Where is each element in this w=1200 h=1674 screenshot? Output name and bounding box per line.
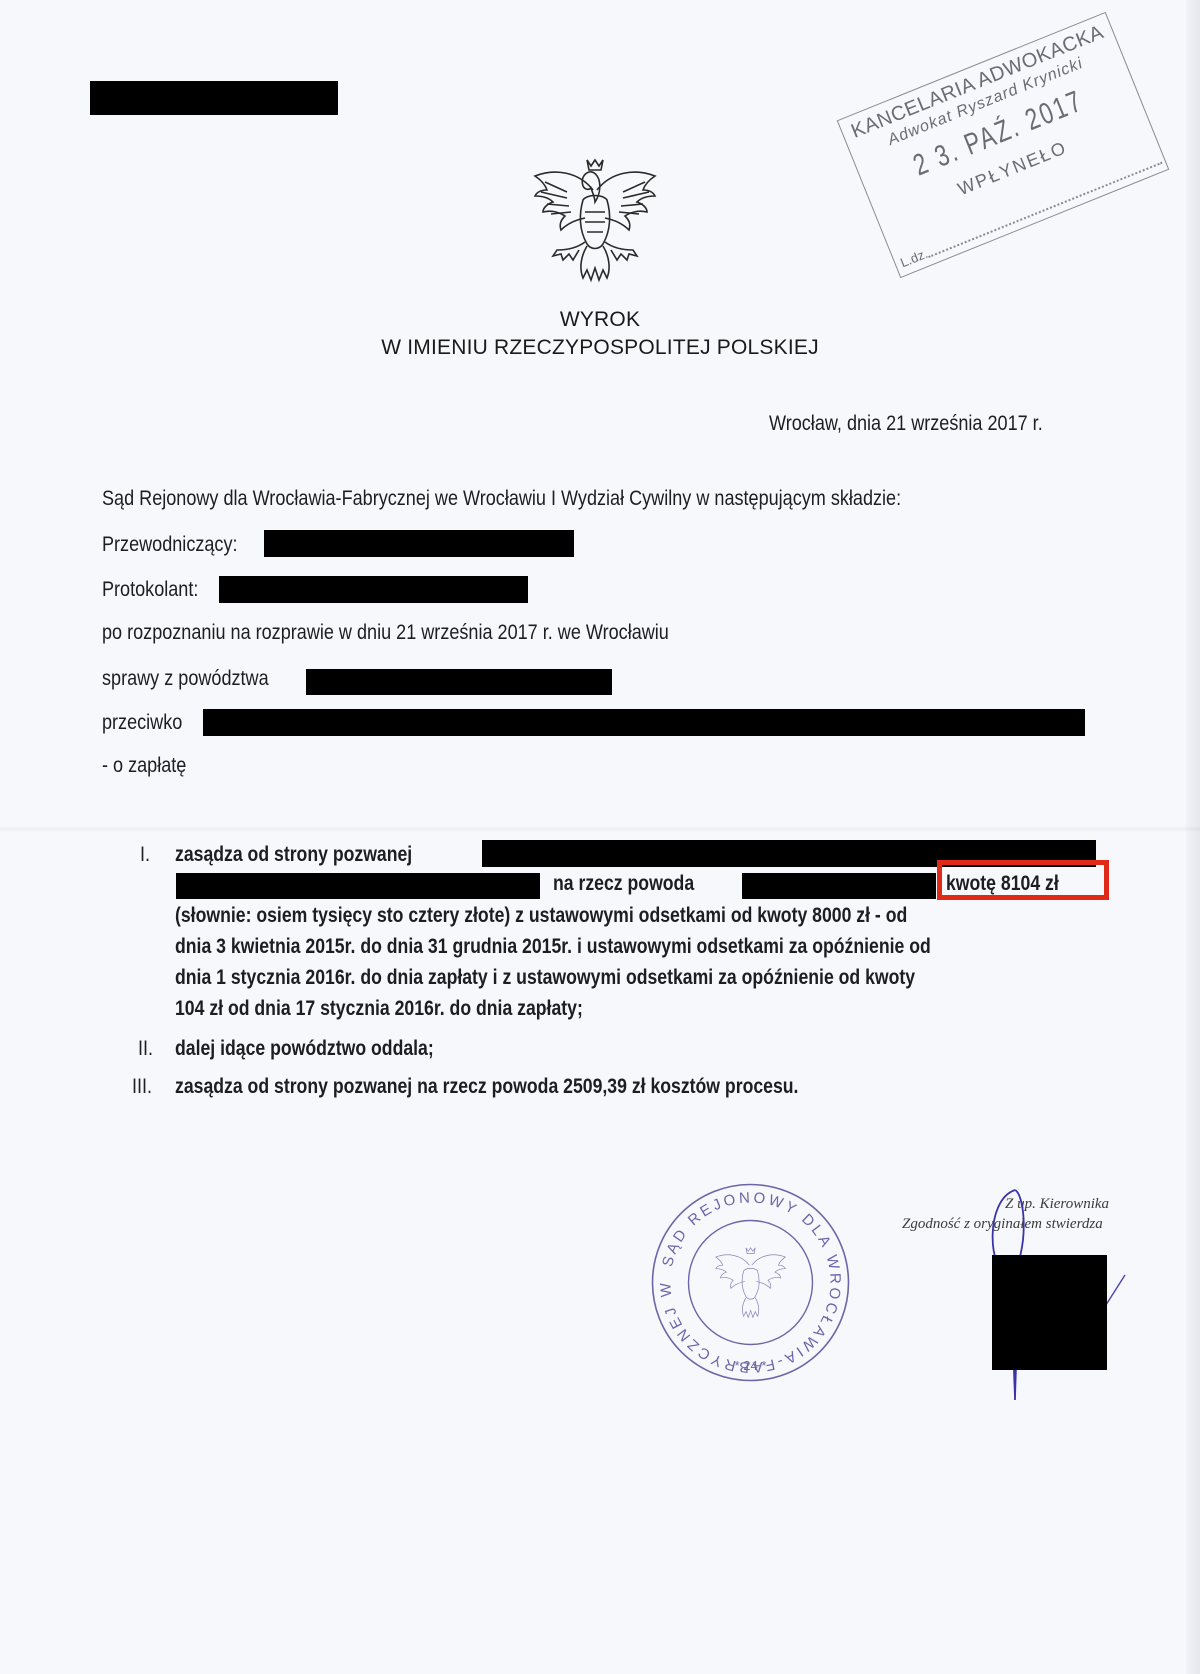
place-date-text: Wrocław, dnia 21 września 2017 r. <box>769 412 1043 436</box>
presiding-label-text: Przewodniczący: <box>102 533 238 557</box>
ruling-1-line-6-text: 104 zł od dnia 17 stycznia 2016r. do dni… <box>175 997 583 1021</box>
redacted-plaintiff-name-ruling <box>742 873 936 899</box>
received-stamp: KANCELARIA ADWOKACKA Adwokat Ryszard Kry… <box>837 12 1170 278</box>
plaintiff-label: sprawy z powództwa <box>102 667 296 691</box>
defendant-label-text: przeciwko <box>102 711 182 735</box>
ruling-1-line-1-text: zasądza od strony pozwanej <box>175 843 412 867</box>
ruling-1-line-4-text: dnia 3 kwietnia 2015r. do dnia 31 grudni… <box>175 935 931 959</box>
ruling-1-line-5: dnia 1 stycznia 2016r. do dnia zapłaty i… <box>175 966 1056 990</box>
redacted-clerk <box>219 576 528 603</box>
ruling-1-line-3-text: (słownie: osiem tysięcy sto cztery złote… <box>175 904 907 928</box>
ruling-1-line-2: na rzecz powoda <box>553 872 721 896</box>
defendant-label: przeciwko <box>102 711 195 735</box>
court-name-text: Sąd Rejonowy dla Wrocławia-Fabrycznej we… <box>102 487 901 511</box>
court-seal-icon: SĄD REJONOWY DLA WROCŁAWIA-FABRYCZNEJ WE… <box>648 1180 853 1385</box>
awarded-amount: kwotę 8104 zł <box>946 872 1080 896</box>
redacted-signature <box>992 1255 1107 1370</box>
court-composition: Sąd Rejonowy dla Wrocławia-Fabrycznej we… <box>102 487 1031 511</box>
redacted-plaintiff <box>306 669 612 695</box>
ruling-1-line-5-text: dnia 1 stycznia 2016r. do dnia zapłaty i… <box>175 966 915 990</box>
case-subject-text: - o zapłatę <box>102 754 186 778</box>
ruling-3-numeral-text: III. <box>132 1075 152 1099</box>
ruling-3-numeral: III. <box>132 1075 155 1099</box>
ruling-1-line-4: dnia 3 kwietnia 2015r. do dnia 31 grudni… <box>175 935 1075 959</box>
ruling-3-text: zasądza od strony pozwanej na rzecz powo… <box>175 1075 917 1099</box>
hearing-text: po rozpoznaniu na rozprawie w dniu 21 wr… <box>102 621 669 645</box>
redacted-presiding-judge <box>264 530 574 557</box>
presiding-judge-label: Przewodniczący: <box>102 533 260 557</box>
redacted-case-number <box>90 81 338 115</box>
scan-edge <box>1186 0 1200 1674</box>
ruling-1-line-2-text: na rzecz powoda <box>553 872 694 896</box>
awarded-amount-text: kwotę 8104 zł <box>946 872 1059 896</box>
plaintiff-label-text: sprawy z powództwa <box>102 667 269 691</box>
polish-eagle-icon <box>525 150 665 290</box>
hearing-info: po rozpoznaniu na rozprawie w dniu 21 wr… <box>102 621 761 645</box>
ruling-1-numeral: I. <box>140 843 152 867</box>
redacted-defendant-name-cont <box>176 873 540 899</box>
clerk-label: Protokolant: <box>102 578 214 602</box>
ruling-1-line-6: 104 zł od dnia 17 stycznia 2016r. do dni… <box>175 997 661 1021</box>
case-subject: - o zapłatę <box>102 754 200 778</box>
ruling-1-numeral-text: I. <box>140 843 150 867</box>
clerk-label-text: Protokolant: <box>102 578 198 602</box>
ruling-2-numeral: II. <box>138 1037 156 1061</box>
ruling-3-text-content: zasądza od strony pozwanej na rzecz powo… <box>175 1075 798 1099</box>
ruling-2-numeral-text: II. <box>138 1037 153 1061</box>
document-title: WYROK <box>0 308 1200 332</box>
ruling-1-line-3: (słownie: osiem tysięcy sto cztery złote… <box>175 904 1047 928</box>
paper-fold <box>0 826 1200 832</box>
svg-text:SĄD REJONOWY DLA WROCŁAWIA-FAB: SĄD REJONOWY DLA WROCŁAWIA-FABRYCZNEJ WE… <box>648 1180 844 1376</box>
place-and-date: Wrocław, dnia 21 września 2017 r. <box>769 412 1087 436</box>
ruling-2-text-content: dalej idące powództwo oddala; <box>175 1037 434 1061</box>
document-subtitle: W IMIENIU RZECZYPOSPOLITEJ POLSKIEJ <box>0 336 1200 360</box>
ruling-2-text: dalej idące powództwo oddala; <box>175 1037 483 1061</box>
redacted-defendant <box>203 709 1085 736</box>
ruling-1-line-1: zasądza od strony pozwanej <box>175 843 457 867</box>
svg-text:* 24 *: * 24 * <box>735 1358 767 1373</box>
